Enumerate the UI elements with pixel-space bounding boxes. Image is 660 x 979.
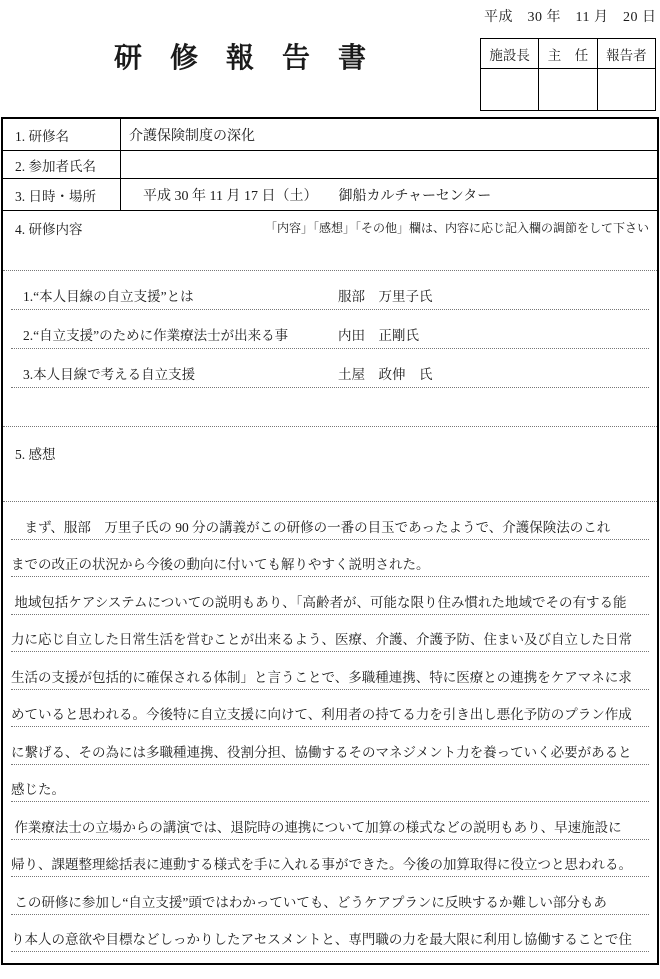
impression-line: この研修に参加し“自立支援”頭ではわかっていても、どうケアプランに反映するか難し…	[11, 877, 649, 915]
form-row-label: 1. 研修名	[3, 119, 121, 150]
impression-line: り本人の意欲や目標などしっかりしたアセスメントと、専門職の力を最大限に利用し協働…	[11, 915, 649, 953]
dotted-separator	[3, 388, 657, 427]
lecture-item-speaker: 内田 正剛氏	[338, 324, 419, 344]
lecture-item: 1.“本人目線の自立支援”とは 服部 万里子氏	[11, 271, 649, 310]
approval-signature-cell-reporter	[597, 69, 655, 111]
impression-line: 感じた。	[11, 765, 649, 803]
impression-line: めていると思われる。今後特に自立支援に向けて、利用者の持てる力を引き出し悪化予防…	[11, 690, 649, 728]
lecture-item-title: 3.本人目線で考える自立支援	[23, 363, 195, 383]
lecture-item: 3.本人目線で考える自立支援 土屋 政伸 氏	[11, 349, 649, 388]
impression-line: に繋げる、その為には多職種連携、役割分担、協働するそのマネジメント力を養っていく…	[11, 727, 649, 765]
lecture-item-speaker: 服部 万里子氏	[338, 285, 433, 305]
impression-line: 帰り、課題整理総括表に連動する様式を手に入れる事ができた。今後の加算取得に役立つ…	[11, 840, 649, 878]
report-form-table: 1. 研修名 介護保険制度の深化 2. 参加者氏名 3. 日時・場所 平成 30…	[1, 117, 659, 965]
impression-section-header: 5. 感想	[3, 427, 657, 502]
lecture-item-speaker: 土屋 政伸 氏	[338, 363, 433, 383]
approval-table: 施設長主 任報告者	[480, 38, 656, 111]
lecture-item: 2.“自立支援”のために作業療法士が出来る事 内田 正剛氏	[11, 310, 649, 349]
approval-column-header: 主 任	[539, 39, 597, 69]
approval-signature-cell-chief	[539, 69, 597, 111]
lecture-items: 1.“本人目線の自立支援”とは 服部 万里子氏 2.“自立支援”のために作業療法…	[3, 271, 657, 388]
form-row-value: 平成 30 年 11 月 17 日（土） 御船カルチャーセンター	[121, 185, 657, 205]
impression-line: 生活の支援が包括的に確保される体制」と言うことで、多職種連携、特に医療との連携を…	[11, 652, 649, 690]
content-section-label: 4. 研修内容	[15, 218, 83, 238]
form-row-label: 3. 日時・場所	[3, 179, 121, 210]
report-date: 平成 30 年 11 月 20 日	[484, 6, 656, 26]
form-row-label: 2. 参加者氏名	[3, 151, 121, 178]
approval-signature-row	[481, 69, 656, 111]
impression-section-label: 5. 感想	[15, 447, 56, 462]
content-section: 4. 研修内容 「内容」「感想」「その他」欄は、内容に応じ記入欄の調節をして下さ…	[3, 211, 657, 963]
approval-column-header: 施設長	[481, 39, 539, 69]
impression-text: まず、服部 万里子氏の 90 分の講義がこの研修の一番の目玉であったようで、介護…	[3, 502, 657, 952]
form-row: 2. 参加者氏名	[3, 151, 657, 179]
approval-column-header: 報告者	[597, 39, 655, 69]
page-title: 研 修 報 告 書	[20, 36, 460, 76]
content-section-header: 4. 研修内容 「内容」「感想」「その他」欄は、内容に応じ記入欄の調節をして下さ…	[3, 211, 657, 271]
impression-line: までの改正の状況から今後の動向に付いても解りやすく説明された。	[11, 540, 649, 578]
form-row-value: 介護保険制度の深化	[121, 125, 657, 145]
impression-line: 力に応じ自立した日常生活を営むことが出来るよう、医療、介護、介護予防、住まい及び…	[11, 615, 649, 653]
form-row: 3. 日時・場所 平成 30 年 11 月 17 日（土） 御船カルチャーセンタ…	[3, 179, 657, 211]
content-section-note: 「内容」「感想」「その他」欄は、内容に応じ記入欄の調節をして下さい	[265, 218, 649, 236]
training-report-page: 平成 30 年 11 月 20 日 研 修 報 告 書 施設長主 任報告者 1.…	[0, 0, 660, 979]
impression-line: まず、服部 万里子氏の 90 分の講義がこの研修の一番の目玉であったようで、介護…	[11, 502, 649, 540]
impression-line: 作業療法士の立場からの講演では、退院時の連携について加算の様式などの説明もあり、…	[11, 802, 649, 840]
impression-line: 地域包括ケアシステムについての説明もあり、「高齢者が、可能な限り住み慣れた地域で…	[11, 577, 649, 615]
approval-header-row: 施設長主 任報告者	[481, 39, 656, 69]
form-rows: 1. 研修名 介護保険制度の深化 2. 参加者氏名 3. 日時・場所 平成 30…	[3, 119, 657, 211]
form-row: 1. 研修名 介護保険制度の深化	[3, 119, 657, 151]
lecture-item-title: 1.“本人目線の自立支援”とは	[23, 285, 194, 305]
lecture-item-title: 2.“自立支援”のために作業療法士が出来る事	[23, 324, 288, 344]
approval-signature-cell-facility-head	[481, 69, 539, 111]
